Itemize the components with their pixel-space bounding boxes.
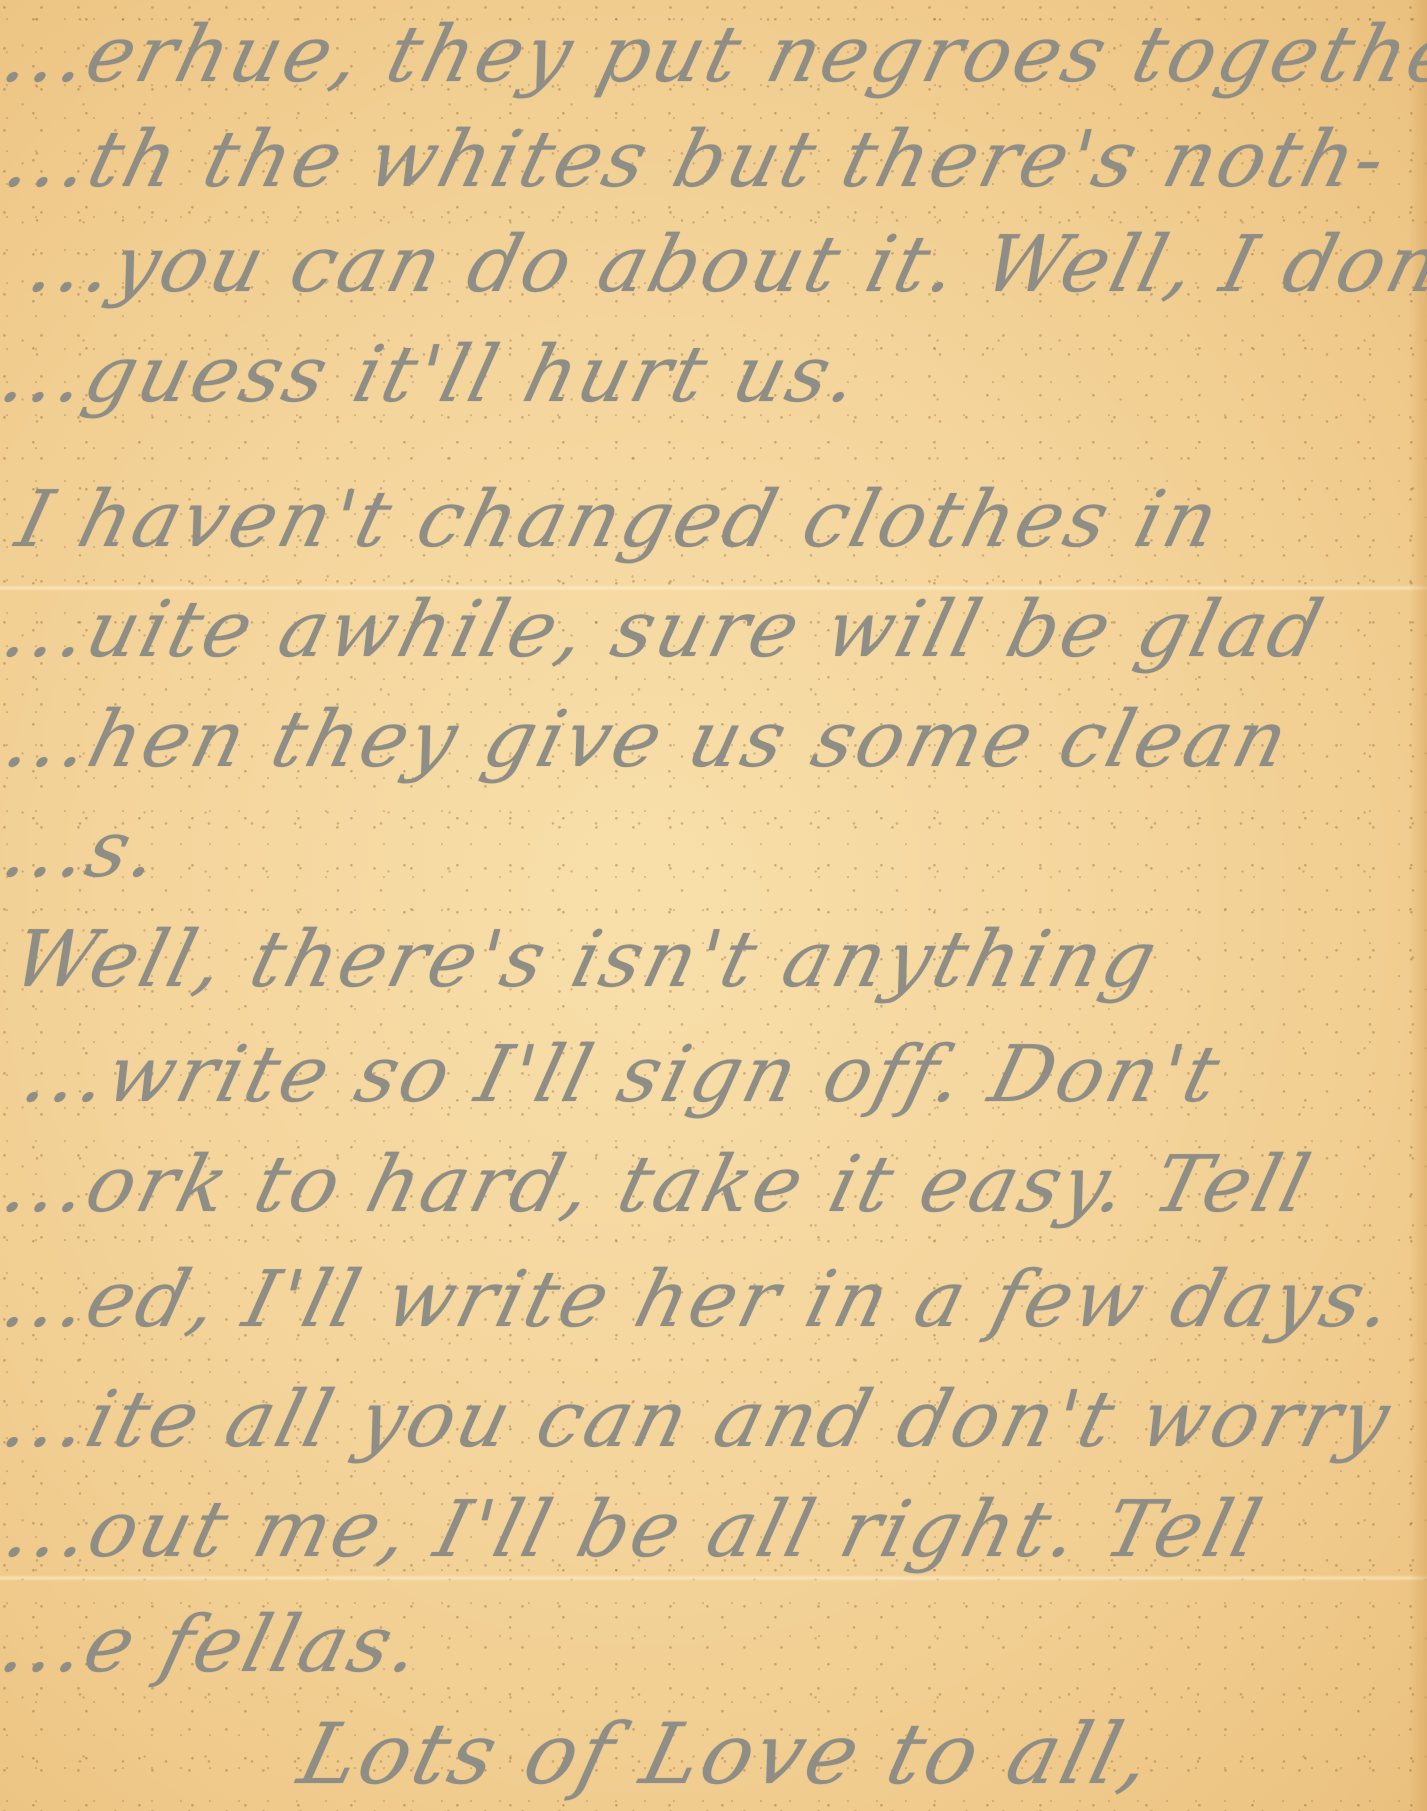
handwritten-line: ...you can do about it. Well, I don't: [20, 220, 1427, 310]
letter-page: ...erhue, they put negroes togethe... ..…: [0, 0, 1427, 1811]
handwritten-line: ...s.: [0, 805, 171, 895]
handwritten-line: ...ork to hard, take it easy. Tell: [0, 1140, 1321, 1230]
handwritten-line: ...e fellas.: [0, 1600, 432, 1690]
handwritten-line: I haven't changed clothes in: [8, 475, 1230, 565]
handwritten-line: ...ite all you can and don't worry: [0, 1375, 1401, 1465]
handwritten-line: ...uite awhile, sure will be glad: [0, 585, 1334, 675]
handwritten-line: ...hen they give us some clean: [0, 695, 1299, 785]
handwritten-line: Well, there's isn't anything: [4, 915, 1168, 1005]
paper-fold-crease: [0, 1575, 1427, 1581]
handwritten-line: ...ed, I'll write her in a few days.: [0, 1255, 1404, 1345]
letter-closing: Lots of Love to all,: [290, 1705, 1164, 1803]
handwritten-line: ...out me, I'll be all right. Tell: [0, 1485, 1272, 1575]
handwritten-line: ...erhue, they put negroes togethe...: [0, 10, 1427, 100]
handwritten-line: ...th the whites but there's noth-: [0, 115, 1397, 205]
handwritten-line: ...guess it'll hurt us.: [0, 330, 870, 420]
handwritten-line: ...write so I'll sign off. Don't: [14, 1030, 1231, 1120]
